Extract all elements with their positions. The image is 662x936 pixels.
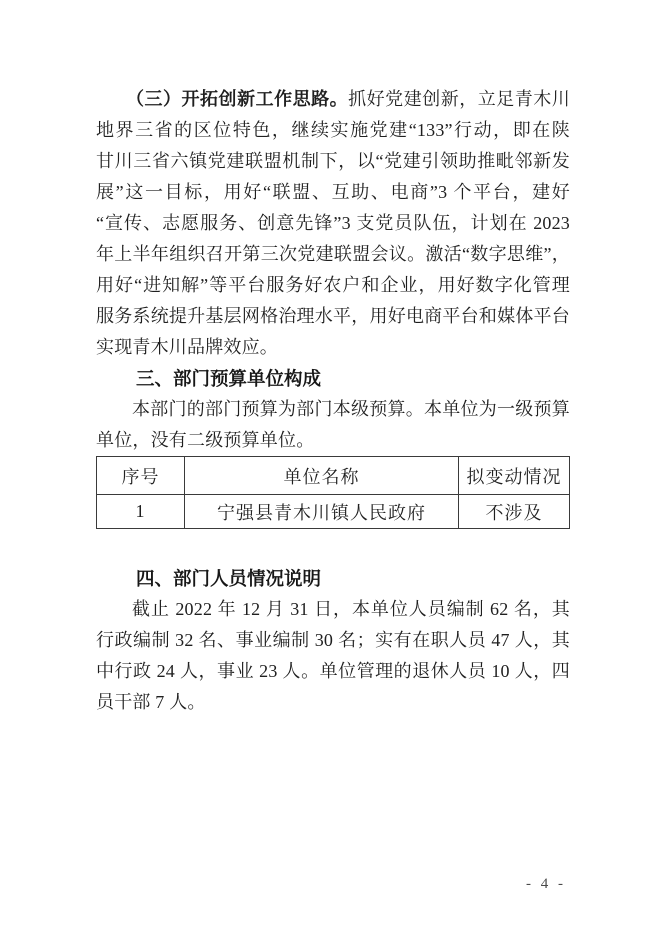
paragraph-line: 甘川三省六镇党建联盟机制下，以“党建引领助推毗邻新发 xyxy=(96,146,570,177)
paragraph-line: 服务系统提升基层网格治理水平，用好电商平台和媒体平台 xyxy=(96,301,570,332)
document-page: （三）开拓创新工作思路。抓好党建创新，立足青木川 地界三省的区位特色，继续实施党… xyxy=(0,0,662,936)
table-header-row: 序号 单位名称 拟变动情况 xyxy=(97,457,570,495)
paragraph-line: 本部门的部门预算为部门本级预算。本单位为一级预算 xyxy=(96,394,570,425)
paragraph-line: 年上半年组织召开第三次党建联盟会议。激活“数字思维”， xyxy=(96,239,570,270)
page-number: - 4 - xyxy=(526,876,566,893)
table-cell-unit-name: 宁强县青木川镇人民政府 xyxy=(185,495,459,529)
paragraph-line: “宣传、志愿服务、创意先锋”3 支党员队伍，计划在 2023 xyxy=(96,208,570,239)
table-row: 1 宁强县青木川镇人民政府 不涉及 xyxy=(97,495,570,529)
paragraph-line: 地界三省的区位特色，继续实施党建“133”行动，即在陕 xyxy=(96,115,570,146)
paragraph-line: 行政编制 32 名、事业编制 30 名；实有在职人员 47 人，其 xyxy=(96,625,570,656)
budget-units-table: 序号 单位名称 拟变动情况 1 宁强县青木川镇人民政府 不涉及 xyxy=(96,456,570,529)
paragraph-line-text: 抓好党建创新，立足青木川 xyxy=(348,89,570,109)
section-heading-budget-units: 三、部门预算单位构成 xyxy=(96,363,570,394)
section-heading-personnel: 四、部门人员情况说明 xyxy=(96,563,570,594)
paragraph-lead-bold: （三）开拓创新工作思路。 xyxy=(126,89,348,109)
paragraph-line: 用好“进知解”等平台服务好农户和企业，用好数字化管理 xyxy=(96,270,570,301)
paragraph-line: 截止 2022 年 12 月 31 日，本单位人员编制 62 名，其中 xyxy=(96,594,570,625)
paragraph-line: 展”这一目标，用好“联盟、互助、电商”3 个平台，建好 xyxy=(96,177,570,208)
table-header-cell-unit-name: 单位名称 xyxy=(185,457,459,495)
paragraph-line: 实现青木川品牌效应。 xyxy=(96,332,570,363)
paragraph-line: 中行政 24 人，事业 23 人。单位管理的退休人员 10 人，四 xyxy=(96,656,570,687)
table-cell-change: 不涉及 xyxy=(459,495,570,529)
paragraph-line: 单位，没有二级预算单位。 xyxy=(96,425,570,456)
paragraph-line: （三）开拓创新工作思路。抓好党建创新，立足青木川 xyxy=(96,84,570,115)
table-header-cell-index: 序号 xyxy=(97,457,185,495)
table-header-cell-change: 拟变动情况 xyxy=(459,457,570,495)
table-cell-index: 1 xyxy=(97,495,185,529)
paragraph-line: 员干部 7 人。 xyxy=(96,687,570,718)
document-body: （三）开拓创新工作思路。抓好党建创新，立足青木川 地界三省的区位特色，继续实施党… xyxy=(96,84,570,718)
